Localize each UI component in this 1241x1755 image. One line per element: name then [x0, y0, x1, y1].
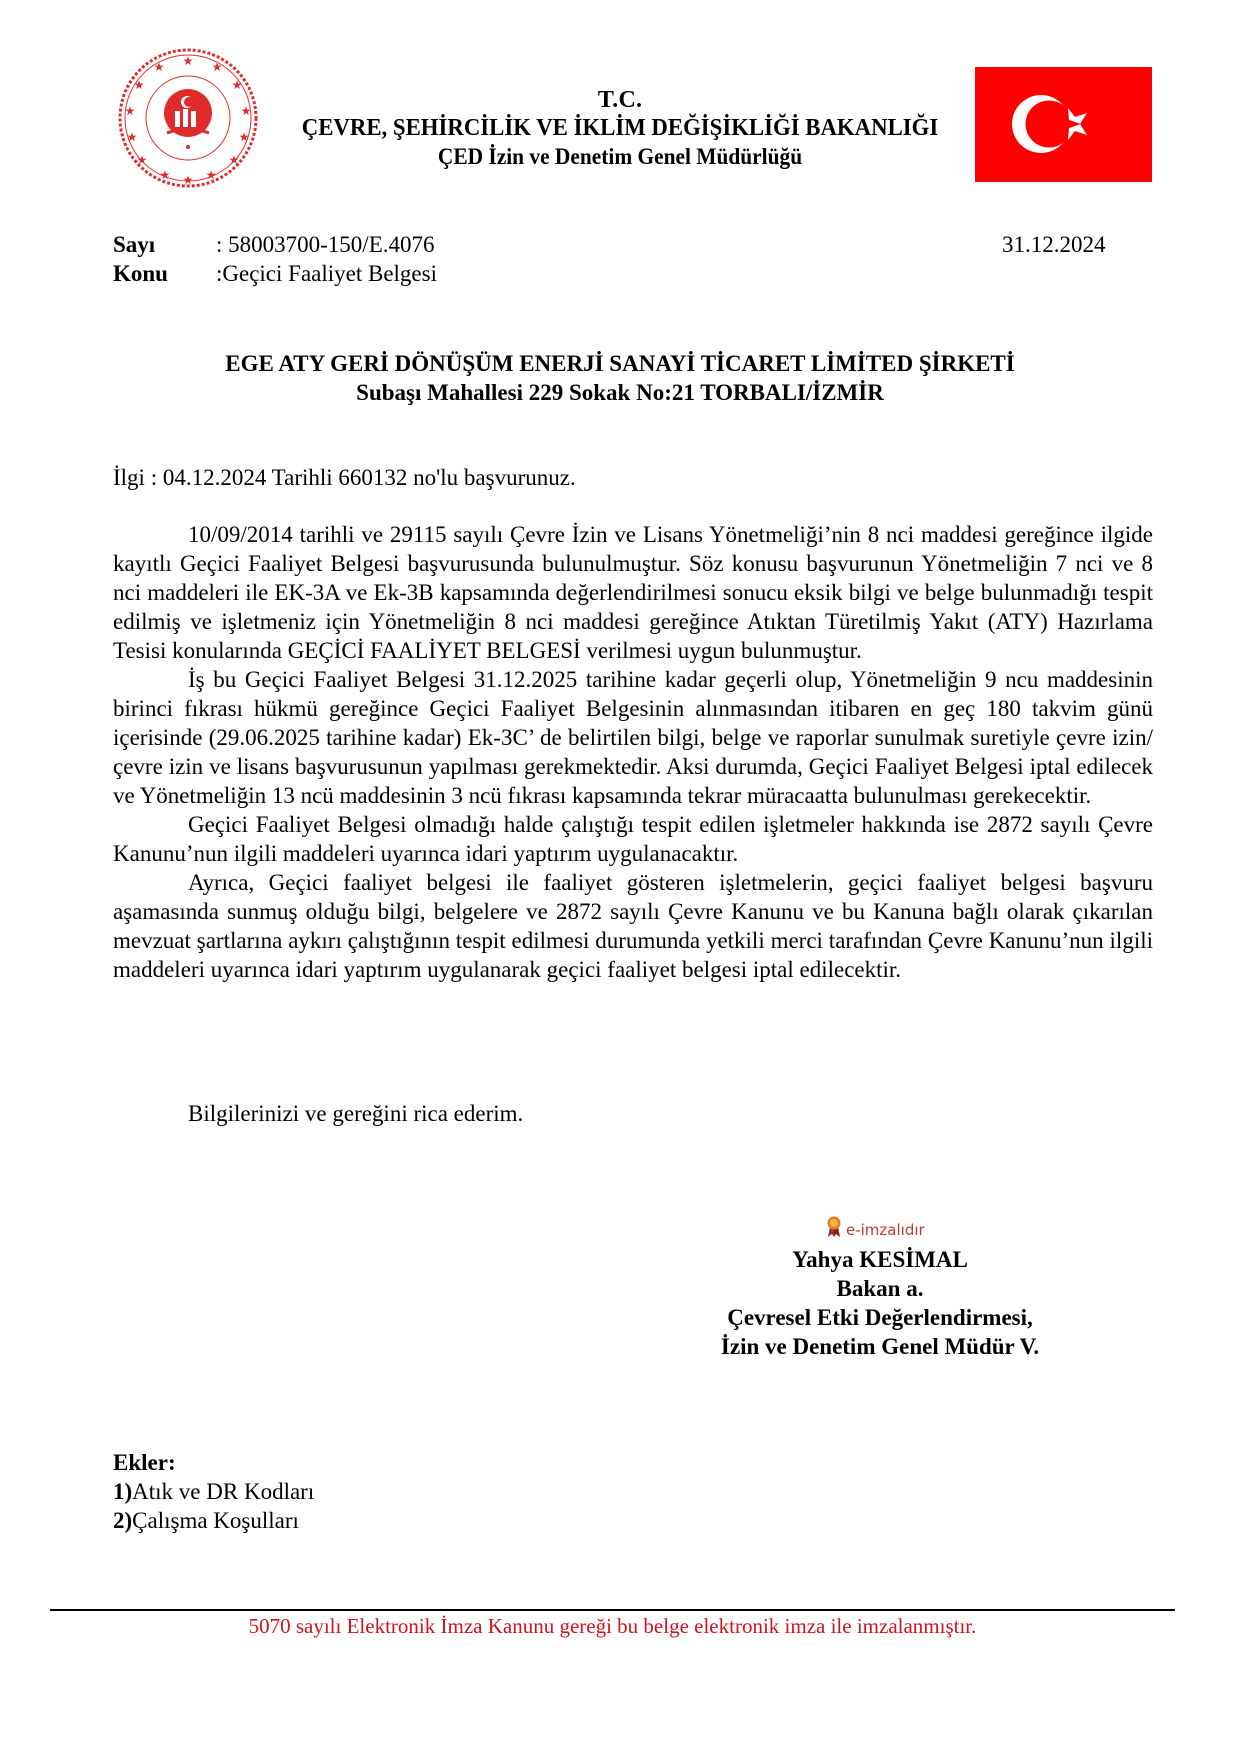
header-tc: T.C.	[260, 87, 980, 114]
svg-text:★: ★	[127, 130, 138, 144]
svg-text:★: ★	[183, 54, 194, 68]
sayi-label: Sayı	[113, 232, 155, 258]
body-paragraph: Ayrıca, Geçici faaliyet belgesi ile faal…	[113, 868, 1153, 984]
konu-value: :Geçici Faaliyet Belgesi	[216, 261, 437, 287]
footer-notice: 5070 sayılı Elektronik İmza Kanunu gereğ…	[50, 1614, 1175, 1639]
turkish-flag-icon	[975, 67, 1152, 182]
svg-text:★: ★	[206, 168, 217, 182]
body-paragraph: 10/09/2014 tarihli ve 29115 sayılı Çevre…	[113, 520, 1153, 665]
body-paragraph: Geçici Faaliyet Belgesi olmadığı halde ç…	[113, 810, 1153, 868]
closing-line: Bilgilerinizi ve gereğini rica ederim.	[188, 1101, 523, 1127]
attachment-item: 1)Atık ve DR Kodları	[113, 1477, 314, 1506]
e-signature-badge: e-imzalıdır	[826, 1216, 925, 1243]
attachment-item: 2)Çalışma Koşulları	[113, 1506, 314, 1535]
e-signature-label: e-imzalıdır	[846, 1221, 925, 1239]
ministry-seal-icon: ★ ★ ★ ★ ★ ★ ★ ★ ★ ★ ★ ★ ★ ★	[117, 47, 259, 189]
letter-body: 10/09/2014 tarihli ve 29115 sayılı Çevre…	[113, 520, 1153, 984]
recipient-address: Subaşı Mahallesi 229 Sokak No:21 TORBALI…	[140, 380, 1100, 406]
svg-text:★: ★	[154, 60, 165, 74]
svg-text:★: ★	[232, 78, 243, 92]
svg-text:★: ★	[183, 173, 194, 187]
ministry-name: ÇEVRE, ŞEHİRCİLİK VE İKLİM DEĞİŞİKLİĞİ B…	[285, 114, 955, 142]
svg-text:★: ★	[212, 60, 223, 74]
department-name: ÇED İzin ve Denetim Genel Müdürlüğü	[285, 144, 955, 170]
signer-name: Yahya KESİMAL	[690, 1245, 1070, 1274]
konu-label: Konu	[113, 261, 168, 287]
signer-title: İzin ve Denetim Genel Müdür V.	[690, 1332, 1070, 1361]
svg-text:★: ★	[134, 78, 145, 92]
signer-title: Bakan a.	[690, 1274, 1070, 1303]
attachments: Ekler: 1)Atık ve DR Kodları 2)Çalışma Ko…	[113, 1448, 314, 1535]
body-paragraph: İş bu Geçici Faaliyet Belgesi 31.12.2025…	[113, 665, 1153, 810]
ilgi-reference: İlgi : 04.12.2024 Tarihli 660132 no'lu b…	[113, 465, 576, 491]
svg-text:★: ★	[239, 130, 250, 144]
svg-text:★: ★	[241, 104, 252, 118]
svg-text:★: ★	[229, 153, 240, 167]
document-date: 31.12.2024	[1002, 232, 1106, 258]
signature-block: Yahya KESİMAL Bakan a. Çevresel Etki Değ…	[690, 1245, 1070, 1361]
footer-divider	[50, 1609, 1175, 1611]
signer-title: Çevresel Etki Değerlendirmesi,	[690, 1303, 1070, 1332]
svg-text:★: ★	[160, 168, 171, 182]
recipient-name: EGE ATY GERİ DÖNÜŞÜM ENERJİ SANAYİ TİCAR…	[140, 351, 1100, 377]
rosette-icon	[826, 1216, 842, 1243]
attachments-label: Ekler:	[113, 1450, 176, 1475]
svg-text:★: ★	[137, 153, 148, 167]
svg-text:★: ★	[125, 104, 136, 118]
sayi-value: : 58003700-150/E.4076	[216, 232, 435, 258]
